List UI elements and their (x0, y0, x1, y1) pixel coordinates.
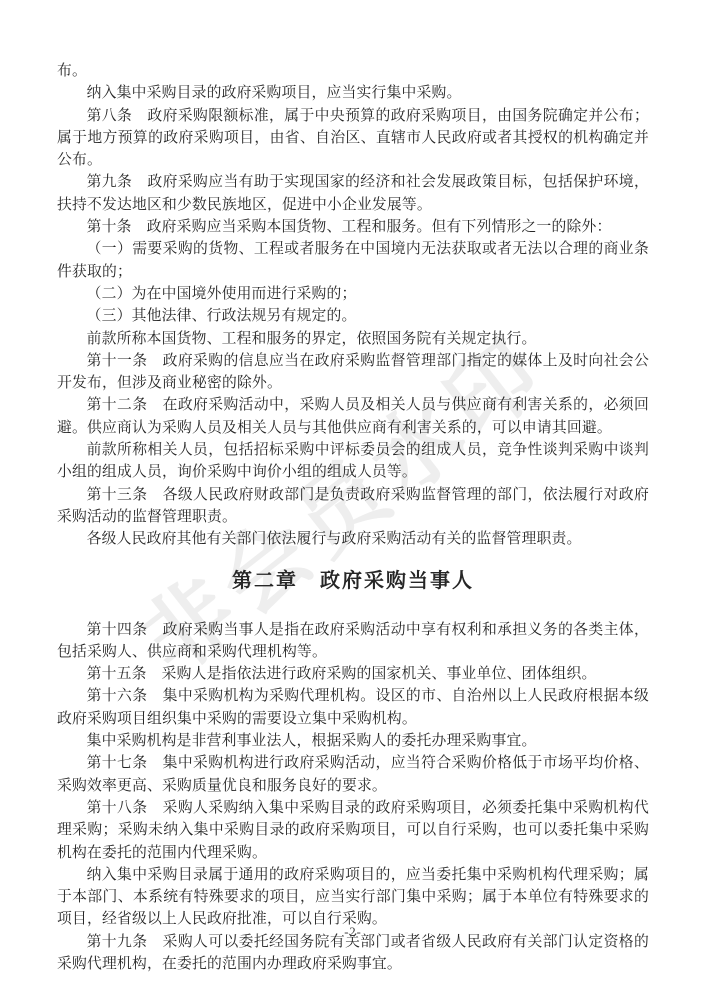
paragraph: 第十三条 各级人民政府财政部门是负责政府采购监督管理的部门，依法履行对政府采购活… (57, 484, 649, 529)
paragraph: 第十六条 集中采购机构为采购代理机构。设区的市、自治州以上人民政府根据本级政府采… (57, 685, 649, 730)
paragraph: 第十二条 在政府采购活动中，采购人员及相关人员与供应商有利害关系的，必须回避。供… (57, 394, 649, 439)
paragraph: 第九条 政府采购应当有助于实现国家的经济和社会发展政策目标，包括保护环境，扶持不… (57, 171, 649, 216)
paragraph: （一）需要采购的货物、工程或者服务在中国境内无法获取或者无法以合理的商业条件获取… (57, 238, 649, 283)
page-number: -2- (0, 925, 706, 940)
paragraph: 各级人民政府其他有关部门依法履行与政府采购活动有关的监督管理职责。 (57, 528, 649, 550)
paragraph: 纳入集中采购目录的政府采购项目，应当实行集中采购。 (57, 82, 649, 104)
paragraph: 布。 (57, 60, 649, 82)
paragraph: 第十八条 采购人采购纳入集中采购目录的政府采购项目，必须委托集中采购机构代理采购… (57, 797, 649, 864)
paragraph: （二）为在中国境外使用而进行采购的； (57, 283, 649, 305)
paragraph: 第十条 政府采购应当采购本国货物、工程和服务。但有下列情形之一的除外： (57, 216, 649, 238)
paragraph: （三）其他法律、行政法规另有规定的。 (57, 305, 649, 327)
document-body: 布。纳入集中采购目录的政府采购项目，应当实行集中采购。第八条 政府采购限额标准，… (57, 60, 649, 975)
chapter-heading: 第二章 政府采购当事人 (57, 564, 649, 593)
document-page: 非会员水印 布。纳入集中采购目录的政府采购项目，应当实行集中采购。第八条 政府采… (0, 0, 706, 1000)
paragraph: 第八条 政府采购限额标准，属于中央预算的政府采购项目，由国务院确定并公布；属于地… (57, 105, 649, 172)
paragraph: 集中采购机构是非营利事业法人，根据采购人的委托办理采购事宜。 (57, 730, 649, 752)
paragraph: 第十四条 政府采购当事人是指在政府采购活动中享有权利和承担义务的各类主体，包括采… (57, 619, 649, 664)
paragraph: 第十五条 采购人是指依法进行政府采购的国家机关、事业单位、团体组织。 (57, 663, 649, 685)
paragraph: 第十七条 集中采购机构进行政府采购活动，应当符合采购价格低于市场平均价格、采购效… (57, 752, 649, 797)
paragraph: 第十一条 政府采购的信息应当在政府采购监督管理部门指定的媒体上及时向社会公开发布… (57, 350, 649, 395)
paragraph: 纳入集中采购目录属于通用的政府采购项目的，应当委托集中采购机构代理采购；属于本部… (57, 864, 649, 931)
paragraph: 前款所称本国货物、工程和服务的界定，依照国务院有关规定执行。 (57, 328, 649, 350)
paragraph: 前款所称相关人员，包括招标采购中评标委员会的组成人员，竞争性谈判采购中谈判小组的… (57, 439, 649, 484)
